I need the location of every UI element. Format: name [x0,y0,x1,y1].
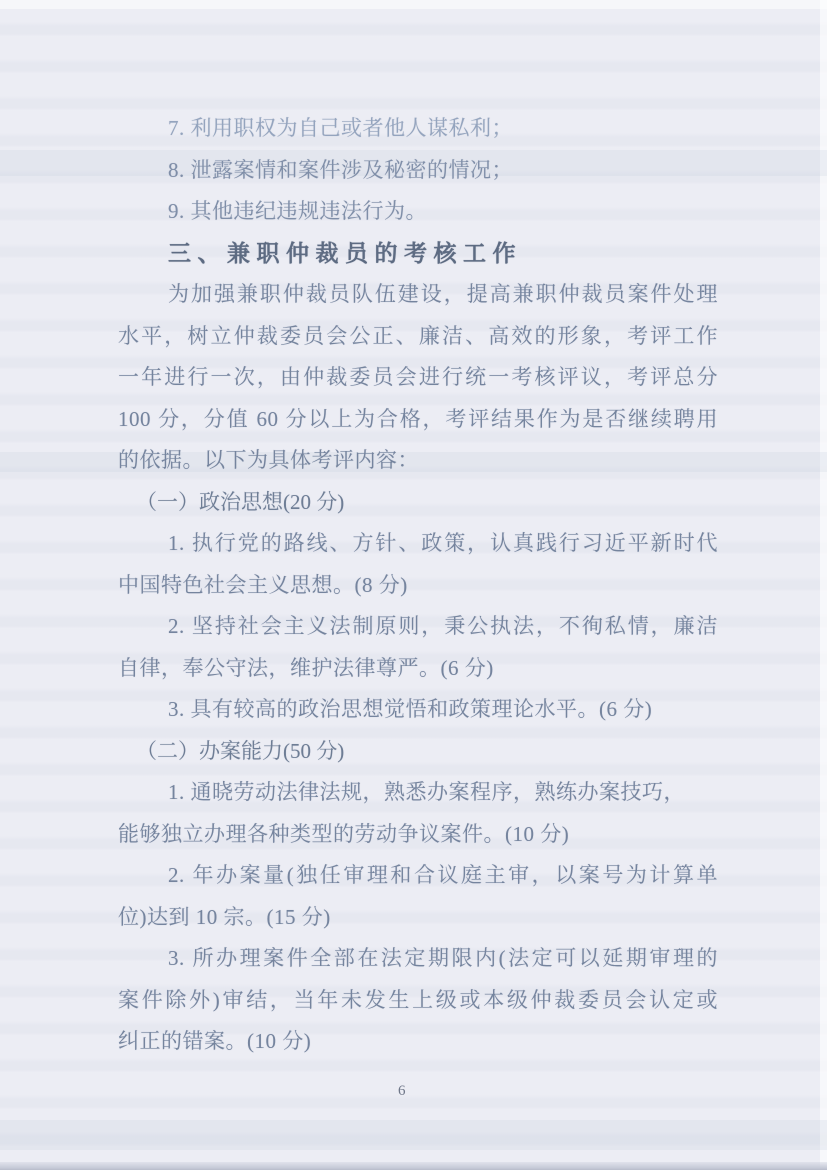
document-text-block: 7. 利用职权为自己或者他人谋私利；8. 泄露案情和案件涉及秘密的情况；9. 其… [118,108,718,1063]
text-line: 三、兼职仲裁员的考核工作 [118,233,718,275]
text-line: 一年进行一次，由仲裁委员会进行统一考核评议，考评总分 [118,357,718,399]
scan-artifact-band [0,1120,827,1150]
text-line: 1. 执行党的路线、方针、政策，认真践行习近平新时代 [118,523,718,565]
text-line: 7. 利用职权为自己或者他人谋私利； [118,108,718,150]
text-line: 能够独立办理各种类型的劳动争议案件。(10 分) [118,814,718,856]
scan-edge-top [0,0,827,9]
text-line: 水平，树立仲裁委员会公正、廉洁、高效的形象，考评工作 [118,316,718,358]
text-line: 中国特色社会主义思想。(8 分) [118,565,718,607]
text-line: （二）办案能力(50 分) [118,731,718,773]
text-line: 8. 泄露案情和案件涉及秘密的情况； [118,150,718,192]
scan-edge-bottom [0,1162,827,1170]
page-number: 6 [398,1083,406,1100]
text-line: 9. 其他违纪违规违法行为。 [118,191,718,233]
scan-edge-right [820,0,827,1170]
text-line: 1. 通晓劳动法律法规，熟悉办案程序，熟练办案技巧， [118,772,718,814]
text-line: 为加强兼职仲裁员队伍建设，提高兼职仲裁员案件处理 [118,274,718,316]
text-line: 3. 具有较高的政治思想觉悟和政策理论水平。(6 分) [118,689,718,731]
document-page: 7. 利用职权为自己或者他人谋私利；8. 泄露案情和案件涉及秘密的情况；9. 其… [0,0,827,1170]
text-line: 纠正的错案。(10 分) [118,1021,718,1063]
text-line: 2. 坚持社会主义法制原则，秉公执法，不徇私情，廉洁 [118,606,718,648]
text-line: 2. 年办案量(独任审理和合议庭主审，以案号为计算单 [118,855,718,897]
text-line: 的依据。以下为具体考评内容： [118,440,718,482]
text-line: 3. 所办理案件全部在法定期限内(法定可以延期审理的 [118,938,718,980]
text-line: （一）政治思想(20 分) [118,482,718,524]
text-line: 位)达到 10 宗。(15 分) [118,897,718,939]
text-line: 100 分，分值 60 分以上为合格，考评结果作为是否继续聘用 [118,399,718,441]
text-line: 自律，奉公守法，维护法律尊严。(6 分) [118,648,718,690]
text-line: 案件除外)审结，当年未发生上级或本级仲裁委员会认定或 [118,980,718,1022]
